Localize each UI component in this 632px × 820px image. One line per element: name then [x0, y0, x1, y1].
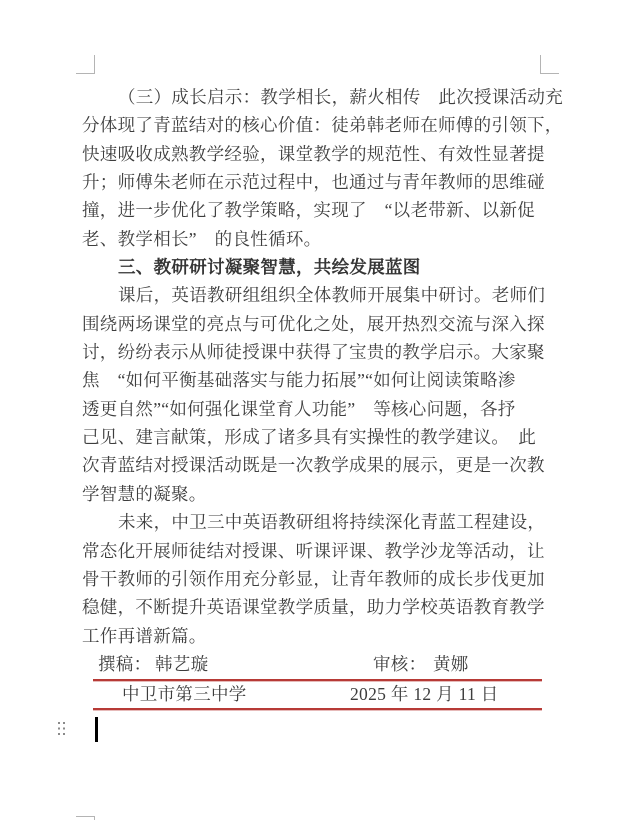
para1-line[interactable]: 撞，进一步优化了教学策略，实现了 “以老带新、以新促 — [82, 196, 572, 224]
school-name: 中卫市第三中学 — [122, 681, 247, 708]
section-heading[interactable]: 三、教研研讨凝聚智慧，共绘发展蓝图 — [82, 253, 572, 281]
para3-line[interactable]: 工作再谱新篇。 — [82, 622, 572, 650]
document-text-block[interactable]: （三）成长启示：教学相长，薪火相传 此次授课活动充 分体现了青蓝结对的核心价值：… — [82, 83, 572, 650]
para2-line[interactable]: 透更自然”“如何强化课堂育人功能” 等核心问题，各抒 — [82, 395, 572, 423]
margin-crop-mark-bottom-left-horizontal — [76, 816, 95, 817]
drag-handle-dots-icon[interactable] — [58, 722, 60, 724]
signature-date: 2025 年 12 月 11 日 — [350, 681, 499, 708]
signature-row-drafter[interactable]: 撰稿： 韩艺璇 审核： 黄娜 — [93, 650, 542, 681]
signature-table: 撰稿： 韩艺璇 审核： 黄娜 中卫市第三中学 2025 年 12 月 11 日 — [93, 650, 542, 710]
signature-row-school-date[interactable]: 中卫市第三中学 2025 年 12 月 11 日 — [93, 681, 542, 710]
para2-line[interactable]: 己见、建言献策，形成了诸多具有实操性的教学建议。 此 — [82, 423, 572, 451]
para3-line[interactable]: 骨干教师的引领作用充分彰显，让青年教师的成长步伐更加 — [82, 565, 572, 593]
para1-line[interactable]: 分体现了青蓝结对的核心价值：徒弟韩老师在师傅的引领下， — [82, 111, 572, 139]
para2-line[interactable]: 讨，纷纷表示从师徒授课中获得了宝贵的教学启示。大家聚 — [82, 338, 572, 366]
para1-line[interactable]: 老、教学相长” 的良性循环。 — [82, 225, 572, 253]
document-page[interactable]: （三）成长启示：教学相长，薪火相传 此次授课活动充 分体现了青蓝结对的核心价值：… — [0, 0, 632, 820]
para2-line[interactable]: 焦 “如何平衡基础落实与能力拓展”“如何让阅读策略渗 — [82, 366, 572, 394]
para3-line[interactable]: 未来，中卫三中英语教研组将持续深化青蓝工程建设， — [82, 508, 572, 536]
para2-line[interactable]: 学智慧的凝聚。 — [82, 480, 572, 508]
margin-crop-mark-bottom-left-vertical — [94, 816, 95, 820]
para1-line[interactable]: （三）成长启示：教学相长，薪火相传 此次授课活动充 — [82, 83, 572, 111]
margin-crop-mark-top-right-horizontal — [540, 73, 559, 74]
para1-line[interactable]: 快速吸收成熟教学经验，课堂教学的规范性、有效性显著提 — [82, 140, 572, 168]
drafter-name: 韩艺璇 — [155, 650, 208, 679]
margin-crop-mark-top-right-vertical — [540, 55, 541, 74]
para3-line[interactable]: 常态化开展师徒结对授课、听课评课、教学沙龙等活动，让 — [82, 537, 572, 565]
margin-crop-mark-top-left-vertical — [94, 55, 95, 74]
para2-line[interactable]: 课后，英语教研组组织全体教师开展集中研讨。老师们 — [82, 281, 572, 309]
reviewer-name: 黄娜 — [433, 650, 469, 679]
text-cursor — [95, 717, 98, 742]
para2-line[interactable]: 次青蓝结对授课活动既是一次教学成果的展示，更是一次教 — [82, 451, 572, 479]
para2-line[interactable]: 围绕两场课堂的亮点与可优化之处，展开热烈交流与深入探 — [82, 310, 572, 338]
para3-line[interactable]: 稳健，不断提升英语课堂教学质量，助力学校英语教育教学 — [82, 593, 572, 621]
para1-line[interactable]: 升；师傅朱老师在示范过程中，也通过与青年教师的思维碰 — [82, 168, 572, 196]
reviewer-label: 审核： — [373, 650, 426, 679]
drafter-label: 撰稿： — [98, 650, 151, 679]
margin-crop-mark-top-left-horizontal — [76, 73, 95, 74]
